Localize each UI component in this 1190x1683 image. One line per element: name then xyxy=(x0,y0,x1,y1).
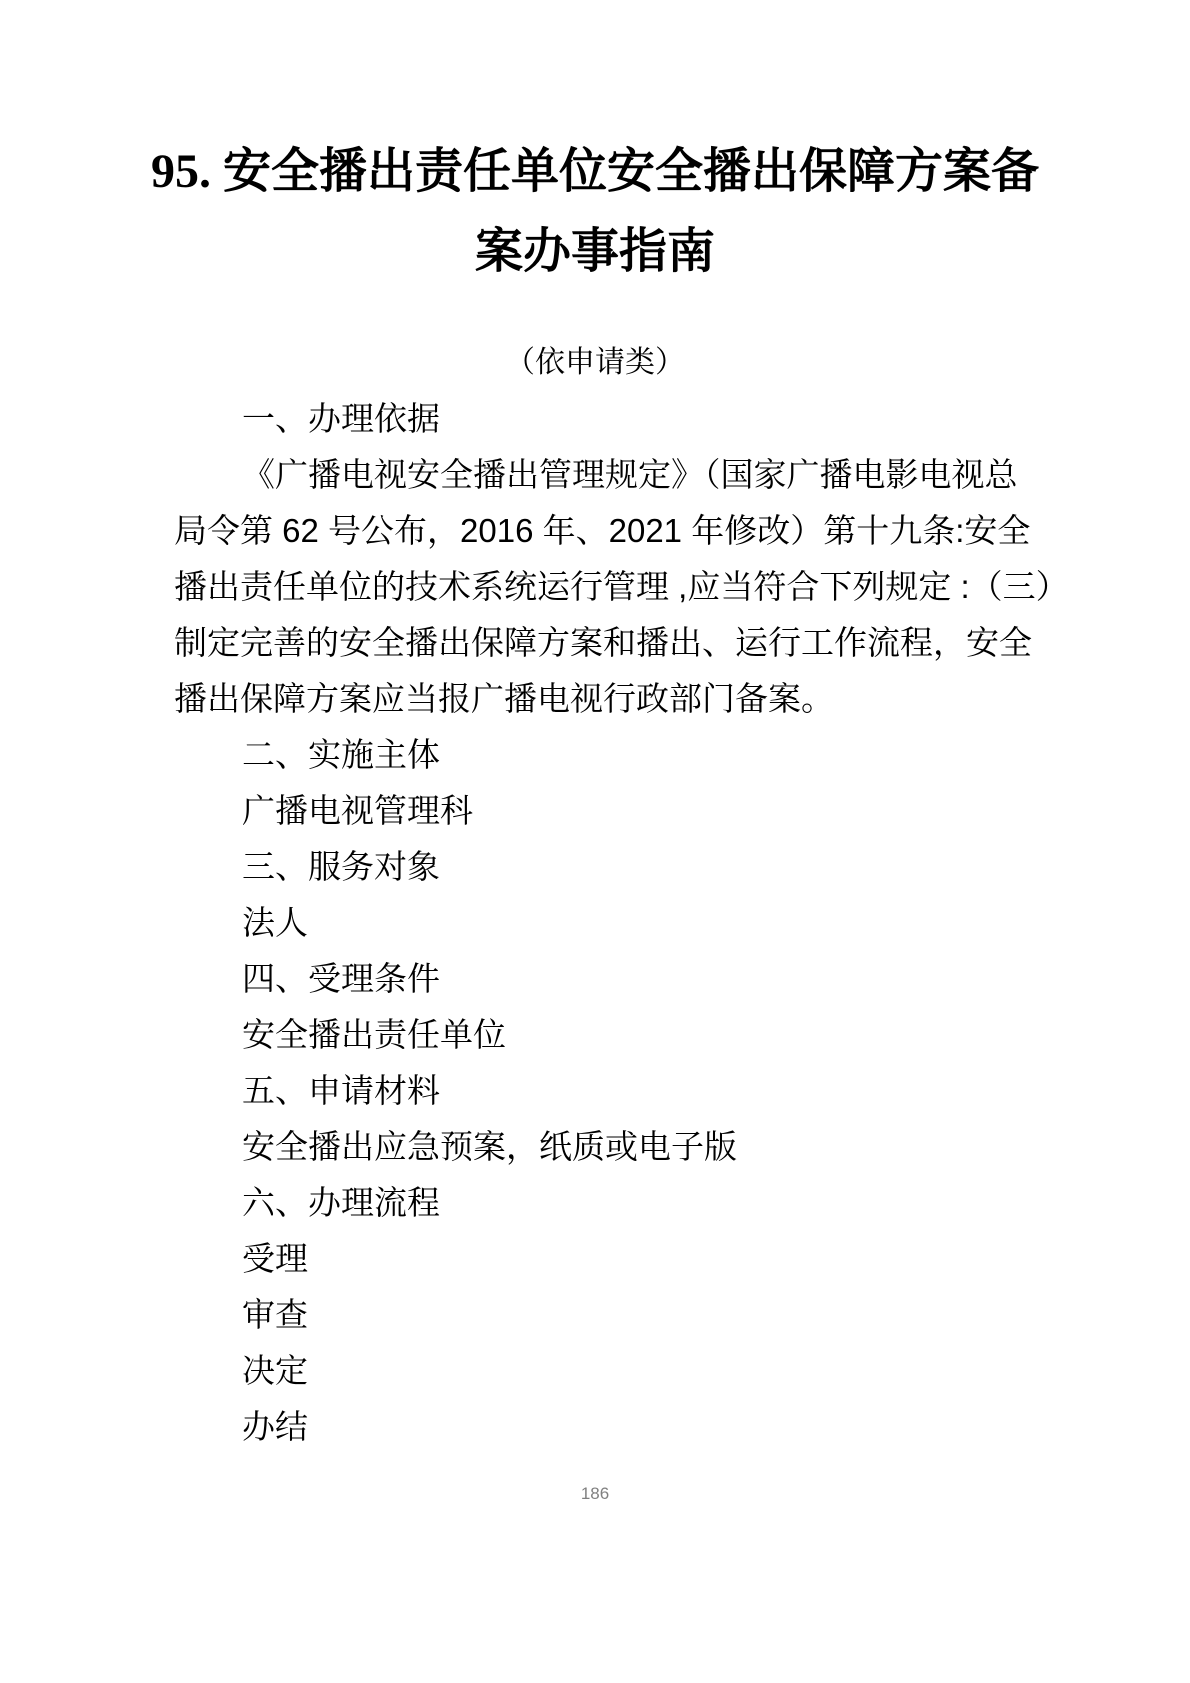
title-line-2: 案办事指南 xyxy=(0,212,1190,292)
section-item: 办结 xyxy=(174,1399,1022,1455)
section-item: 法人 xyxy=(174,895,1022,951)
document-body: 一、办理依据 《广播电视安全播出管理规定》（国家广播电影电视总 局令第 62 号… xyxy=(0,391,1190,1455)
document-subtitle: （依申请类） xyxy=(0,335,1190,391)
paragraph-line: 播出责任单位的技术系统运行管理 ,应当符合下列规定 :（三） xyxy=(174,559,1022,615)
section-item: 受理 xyxy=(174,1231,1022,1287)
section-item: 广播电视管理科 xyxy=(174,783,1022,839)
section-heading-6: 六、办理流程 xyxy=(174,1175,1022,1231)
section-heading-2: 二、实施主体 xyxy=(174,727,1022,783)
title-line-1: 95. 安全播出责任单位安全播出保障方案备 xyxy=(0,132,1190,212)
section-heading-5: 五、申请材料 xyxy=(174,1063,1022,1119)
section-heading-3: 三、服务对象 xyxy=(174,839,1022,895)
page-number: 186 xyxy=(0,1482,1190,1506)
paragraph-line: 局令第 62 号公布，2016 年、2021 年修改）第十九条:安全 xyxy=(174,503,1022,559)
section-heading-4: 四、受理条件 xyxy=(174,951,1022,1007)
paragraph-line: 播出保障方案应当报广播电视行政部门备案。 xyxy=(174,671,1022,727)
section-item: 安全播出应急预案，纸质或电子版 xyxy=(174,1119,1022,1175)
document-page: 95. 安全播出责任单位安全播出保障方案备 案办事指南 （依申请类） 一、办理依… xyxy=(0,0,1190,1683)
paragraph-line: 制定完善的安全播出保障方案和播出、运行工作流程，安全 xyxy=(174,615,1022,671)
section-item: 决定 xyxy=(174,1343,1022,1399)
section-item: 审查 xyxy=(174,1287,1022,1343)
section-item: 安全播出责任单位 xyxy=(174,1007,1022,1063)
paragraph-line: 《广播电视安全播出管理规定》（国家广播电影电视总 xyxy=(174,447,1022,503)
section-heading-1: 一、办理依据 xyxy=(174,391,1022,447)
document-title: 95. 安全播出责任单位安全播出保障方案备 案办事指南 xyxy=(0,0,1190,292)
